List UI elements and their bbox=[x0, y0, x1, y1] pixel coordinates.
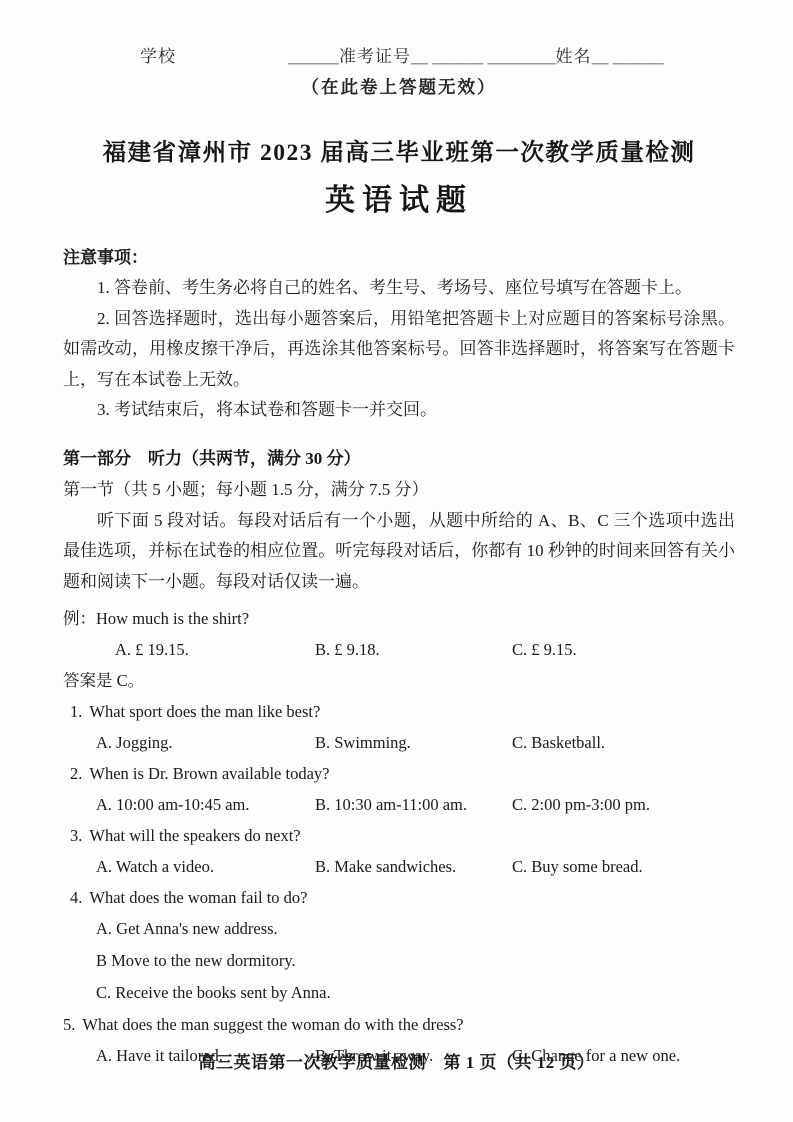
question-1-option-a: A. Jogging. bbox=[96, 727, 315, 758]
notice-item-3: 3. 考试结束后，将本试卷和答题卡一并交回。 bbox=[63, 395, 735, 426]
question-2-options-row: A. 10:00 am-10:45 am. B. 10:30 am-11:00 … bbox=[63, 789, 735, 820]
page-content: 学校＿＿＿准考证号＿ ＿＿＿ ＿＿＿＿姓名＿ ＿＿＿ （在此卷上答题无效） 福建… bbox=[0, 0, 793, 1071]
question-5-prompt: What does the man suggest the woman do w… bbox=[82, 1015, 463, 1034]
example-prompt: 例：How much is the shirt? bbox=[63, 603, 735, 634]
question-1-prompt: What sport does the man like best? bbox=[89, 702, 320, 721]
example-option-a: A. £ 19.15. bbox=[115, 634, 315, 665]
example-answer-note: 答案是 C。 bbox=[63, 665, 735, 696]
question-3-line: 3.What will the speakers do next? bbox=[63, 820, 735, 851]
name-label: 姓名 bbox=[556, 47, 592, 66]
question-3-option-c: C. Buy some bread. bbox=[512, 851, 735, 882]
example-option-b: B. £ 9.18. bbox=[315, 634, 512, 665]
question-2-option-b: B. 10:30 am-11:00 am. bbox=[315, 789, 512, 820]
question-1-number: 1. bbox=[70, 702, 82, 721]
notice-item-1: 1. 答卷前、考生务必将自己的姓名、考生号、考场号、座位号填写在答题卡上。 bbox=[63, 273, 735, 304]
question-4-option-c: C. Receive the books sent by Anna. bbox=[63, 977, 735, 1009]
question-2-number: 2. bbox=[70, 764, 82, 783]
notice-heading: 注意事项： bbox=[63, 243, 735, 273]
questions-area: 例：How much is the shirt? A. £ 19.15. B. … bbox=[63, 603, 735, 1071]
question-4-prompt: What does the woman fail to do? bbox=[89, 888, 307, 907]
question-1-options-row: A. Jogging. B. Swimming. C. Basketball. bbox=[63, 727, 735, 758]
question-5-line: 5.What does the man suggest the woman do… bbox=[63, 1009, 735, 1040]
question-4: 4.What does the woman fail to do? A. Get… bbox=[63, 882, 735, 1009]
question-4-option-a: A. Get Anna's new address. bbox=[63, 913, 735, 945]
question-2: 2.When is Dr. Brown available today? A. … bbox=[63, 758, 735, 820]
page-footer: 高三英语第一次教学质量检测 第 1 页（共 12 页） bbox=[0, 1048, 793, 1073]
question-2-option-a: A. 10:00 am-10:45 am. bbox=[96, 789, 315, 820]
question-3-option-b: B. Make sandwiches. bbox=[315, 851, 512, 882]
school-label: 学校 bbox=[140, 47, 176, 66]
school-blank-line: ＿＿＿ bbox=[288, 47, 339, 66]
example-options-row: A. £ 19.15. B. £ 9.18. C. £ 9.15. bbox=[63, 634, 735, 665]
notice-item-2: 2. 回答选择题时，选出每小题答案后，用铅笔把答题卡上对应题目的答案标号涂黑。如… bbox=[63, 304, 735, 396]
question-3-options-row: A. Watch a video. B. Make sandwiches. C.… bbox=[63, 851, 735, 882]
question-2-option-c: C. 2:00 pm-3:00 pm. bbox=[512, 789, 735, 820]
exam-paper-page: 学校＿＿＿准考证号＿ ＿＿＿ ＿＿＿＿姓名＿ ＿＿＿ （在此卷上答题无效） 福建… bbox=[0, 0, 793, 1122]
exam-title: 福建省漳州市 2023 届高三毕业班第一次教学质量检测 bbox=[63, 133, 735, 167]
question-3-option-a: A. Watch a video. bbox=[96, 851, 315, 882]
example-option-c: C. £ 9.15. bbox=[512, 634, 735, 665]
question-4-line: 4.What does the woman fail to do? bbox=[63, 882, 735, 913]
question-3-prompt: What will the speakers do next? bbox=[89, 826, 300, 845]
question-3: 3.What will the speakers do next? A. Wat… bbox=[63, 820, 735, 882]
admission-number-blank-line: ＿ ＿＿＿ ＿＿＿＿ bbox=[411, 47, 556, 66]
exam-subject-title: 英语试题 bbox=[63, 175, 735, 219]
question-4-option-b: B Move to the new dormitory. bbox=[63, 945, 735, 977]
question-2-prompt: When is Dr. Brown available today? bbox=[89, 764, 329, 783]
question-2-line: 2.When is Dr. Brown available today? bbox=[63, 758, 735, 789]
part1-heading: 第一部分 听力（共两节，满分 30 分） bbox=[63, 443, 735, 474]
candidate-info-row: 学校＿＿＿准考证号＿ ＿＿＿ ＿＿＿＿姓名＿ ＿＿＿ bbox=[63, 0, 735, 67]
listening-instructions: 听下面 5 段对话。每段对话后有一个小题，从题中所给的 A、B、C 三个选项中选… bbox=[63, 506, 735, 598]
question-1-line: 1.What sport does the man like best? bbox=[63, 696, 735, 727]
name-blank-line: ＿ ＿＿＿ bbox=[592, 47, 664, 66]
question-1: 1.What sport does the man like best? A. … bbox=[63, 696, 735, 758]
question-4-number: 4. bbox=[70, 888, 82, 907]
question-1-option-b: B. Swimming. bbox=[315, 727, 512, 758]
section1-heading: 第一节（共 5 小题；每小题 1.5 分，满分 7.5 分） bbox=[63, 474, 735, 506]
question-3-number: 3. bbox=[70, 826, 82, 845]
question-1-option-c: C. Basketball. bbox=[512, 727, 735, 758]
admission-number-label: 准考证号 bbox=[339, 47, 411, 66]
question-5-number: 5. bbox=[63, 1015, 75, 1034]
answer-invalid-note: （在此卷上答题无效） bbox=[63, 74, 735, 99]
